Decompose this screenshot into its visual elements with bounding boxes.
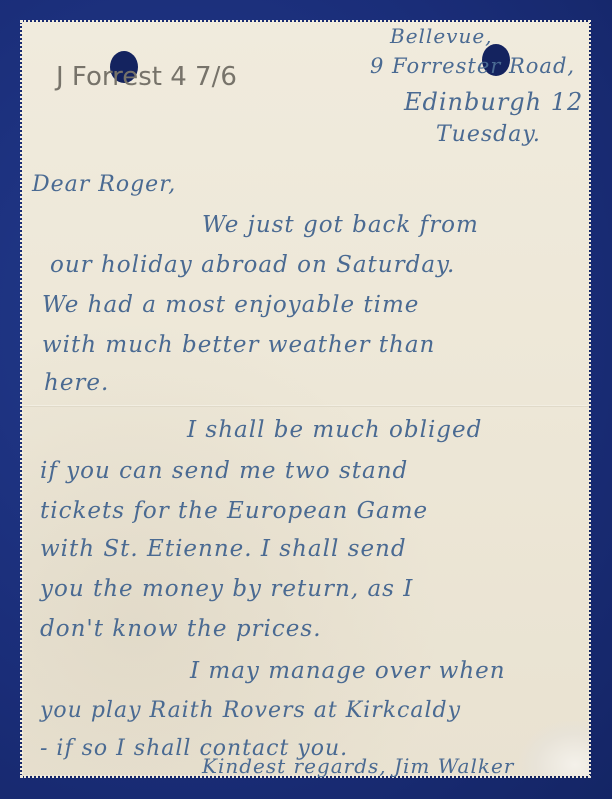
address-line-4: Tuesday. xyxy=(436,122,541,147)
salutation: Dear Roger, xyxy=(32,172,176,197)
body-line: I may manage over when xyxy=(190,658,506,684)
address-line-3: Edinburgh 12 xyxy=(404,88,583,116)
address-line-1: Bellevue, xyxy=(390,24,493,48)
body-line: We just got back from xyxy=(202,212,479,238)
body-line: you play Raith Rovers at Kirkcaldy xyxy=(40,698,461,723)
body-line: with St. Etienne. I shall send xyxy=(40,536,407,562)
torn-corner xyxy=(519,721,589,776)
body-line: tickets for the European Game xyxy=(40,498,428,524)
body-line: We had a most enjoyable time xyxy=(42,292,419,318)
perforated-edge-top xyxy=(20,20,591,23)
body-line: our holiday abroad on Saturday. xyxy=(50,252,455,278)
perforated-edge-right xyxy=(588,20,591,778)
body-line: don't know the prices. xyxy=(40,616,322,642)
closing-signature: Kindest regards, Jim Walker xyxy=(202,754,514,778)
address-line-2: 9 Forrester Road, xyxy=(370,54,575,78)
body-line: with much better weather than xyxy=(42,332,435,358)
body-line: if you can send me two stand xyxy=(40,458,408,484)
body-line: I shall be much obliged xyxy=(187,417,482,443)
perforated-edge-left xyxy=(20,20,23,778)
letter-paper: J Forrest 4 7/6 Bellevue, 9 Forrester Ro… xyxy=(22,22,589,776)
fold-crease xyxy=(22,405,589,407)
pencil-note: J Forrest 4 7/6 xyxy=(56,62,237,92)
body-line: you the money by return, as I xyxy=(40,576,413,602)
body-line: here. xyxy=(44,370,109,396)
